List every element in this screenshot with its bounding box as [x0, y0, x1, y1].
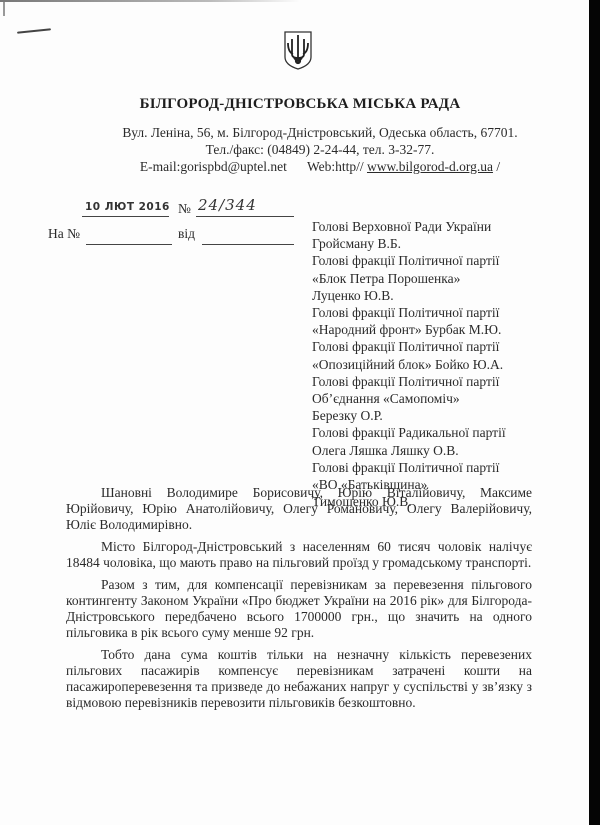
- scan-edge-top: [0, 0, 300, 2]
- recipient-line: Голові фракції Політичної партії: [312, 373, 506, 390]
- ref-number-line: [86, 228, 172, 245]
- web-prefix: Web:http//: [307, 159, 364, 174]
- recipient-line: «Народний фронт» Бурбак М.Ю.: [312, 321, 506, 338]
- ref-date-line: [202, 228, 294, 245]
- date-stamp: 10 ЛЮТ 2016: [85, 201, 170, 213]
- recipient-line: «Блок Петра Порошенка»: [312, 270, 506, 287]
- body-paragraph: Тобто дана сума коштів тільки на незначн…: [66, 647, 532, 711]
- recipient-line: Голові фракції Радикальної партії: [312, 424, 506, 441]
- letter-body: Шановні Володимире Борисовичу, Юрію Віта…: [66, 485, 532, 717]
- recipient-line: Голові фракції Політичної партії: [312, 459, 506, 476]
- contact-line: E-mail:gorispbd@uptel.net Web:http// www…: [20, 158, 600, 175]
- recipient-line: Гройсману В.Б.: [312, 235, 506, 252]
- phone-line: Тел./факс: (04849) 2-24-44, тел. 3-32-77…: [20, 141, 600, 158]
- council-name: БІЛГОРОД-ДНІСТРОВСЬКА МІСЬКА РАДА: [0, 96, 600, 113]
- recipient-line: «Опозиційний блок» Бойко Ю.А.: [312, 356, 506, 373]
- greeting-paragraph: Шановні Володимире Борисовичу, Юрію Віта…: [66, 485, 532, 533]
- recipient-line: Олега Ляшка Ляшку О.В.: [312, 442, 506, 459]
- recipient-line: Голові фракції Політичної партії: [312, 304, 506, 321]
- number-label: №: [178, 201, 191, 217]
- body-paragraph: Разом з тим, для компенсації перевізника…: [66, 577, 532, 641]
- recipient-line: Луценко Ю.В.: [312, 287, 506, 304]
- recipient-line: Березку О.Р.: [312, 407, 506, 424]
- outgoing-number: 24/344: [198, 196, 257, 214]
- scan-edge-left: [3, 2, 5, 16]
- website-link[interactable]: www.bilgorod-d.org.ua: [367, 159, 493, 174]
- pen-mark: [17, 28, 51, 34]
- web-suffix: /: [493, 159, 500, 174]
- email-text: E-mail:gorispbd@uptel.net: [140, 159, 287, 174]
- recipient-line: Голові фракції Політичної партії: [312, 252, 506, 269]
- ref-label: На №: [48, 226, 80, 242]
- trident-coat-of-arms-icon: [283, 30, 313, 70]
- recipient-line: Голові Верховної Ради України: [312, 218, 506, 235]
- address-line: Вул. Леніна, 56, м. Білгород-Дністровськ…: [20, 124, 600, 141]
- recipients-block: Голові Верховної Ради України Гройсману …: [312, 218, 506, 510]
- from-label: від: [178, 226, 195, 242]
- recipient-line: Об’єднання «Самопоміч»: [312, 390, 506, 407]
- body-paragraph: Місто Білгород-Дністровський з населення…: [66, 539, 532, 571]
- recipient-line: Голові фракції Політичної партії: [312, 338, 506, 355]
